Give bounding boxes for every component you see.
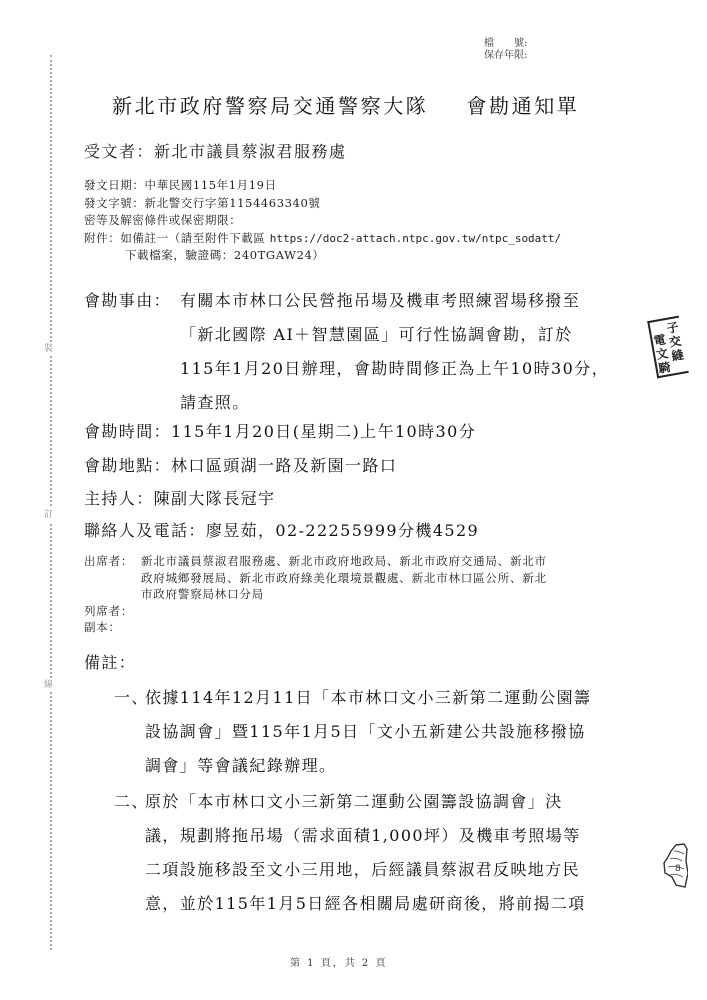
subject-line: 「新北國際 AI＋智慧園區」可行性協調會勘，訂於	[84, 318, 609, 352]
attachment: 附件：如備註一（請至附件下載區 https://doc2-attach.ntpc…	[84, 230, 561, 248]
observers-label: 列席者：	[84, 603, 547, 620]
seal-fragment-icon: 8	[662, 843, 688, 889]
attachment-label: 附件：	[84, 231, 120, 245]
present-line: 新北市議員蔡淑君服務處、新北市政府地政局、新北市政府交通局、新北市	[141, 554, 547, 568]
remark-line: 原於「本市林口文小三新第二運動公園籌設協調會」決	[145, 792, 563, 811]
retention-label: 保存年限:	[484, 50, 527, 62]
contact: 聯絡人及電話：廖昱茹，02-22255999分機4529	[84, 518, 479, 541]
remarks-title: 備註：	[84, 650, 136, 673]
issue-number-value: 新北警交行字第1154463340號	[145, 196, 321, 210]
remark-line: 調會」等會議紀錄辦理。	[114, 749, 591, 783]
remark-line: 設協調會」暨115年1月5日「文小五新建公共設施移撥協	[114, 715, 591, 749]
time-value: 115年1月20日(星期二)上午10時30分	[171, 422, 476, 441]
cc-label: 副本：	[84, 619, 547, 636]
inspection-subject: 會勘事由：有關本市林口公民營拖吊場及機車考照練習場移撥至 「新北國際 AI＋智慧…	[84, 284, 609, 420]
contact-value: 廖昱茹，02-22255999分機4529	[206, 521, 479, 540]
binding-dotted-line	[50, 55, 52, 950]
subject-label: 會勘事由：	[84, 284, 180, 318]
issue-date: 發文日期：中華民國115年1月19日	[84, 177, 561, 195]
subject-line: 115年1月20日辦理，會勘時間修正為上午10時30分，	[84, 352, 609, 386]
page-number: 第 1 頁，共 2 頁	[290, 954, 387, 969]
inspection-place: 會勘地點：林口區頭湖一路及新園一路口	[84, 453, 397, 476]
archive-info: 檔 號: 保存年限:	[484, 38, 527, 62]
issue-number-label: 發文字號：	[84, 196, 145, 210]
document-title: 新北市政府警察局交通警察大隊會勘通知單	[112, 90, 579, 119]
classification-label: 密等及解密條件或保密期限：	[84, 213, 241, 227]
recipient-value: 新北市議員蔡淑君服務處	[154, 142, 347, 161]
recipient-label: 受文者：	[84, 142, 154, 161]
remark-item: 二、原於「本市林口文小三新第二運動公園籌設協調會」決 議，規劃將拖吊場（需求面積…	[114, 785, 586, 921]
attachment-verification-code: 下載檔案，驗證碼：240TGAW24）	[125, 248, 325, 262]
present-label: 出席者：	[84, 553, 141, 570]
agency-name: 新北市政府警察局交通警察大隊	[112, 94, 428, 118]
attachment-url-link[interactable]: https://doc2-attach.ntpc.gov.tw/ntpc_sod…	[270, 232, 561, 245]
remark-line: 依據114年12月11日「本市林口文小三新第二運動公園籌	[145, 688, 591, 707]
remark-line: 意，並於115年1月5日經各相關局處研商後，將前揭二項	[114, 887, 586, 921]
attendees: 出席者：新北市議員蔡淑君服務處、新北市政府地政局、新北市政府交通局、新北市 政府…	[84, 553, 547, 636]
document-type: 會勘通知單	[466, 94, 579, 118]
svg-text:8: 8	[675, 864, 681, 874]
issue-date-value: 中華民國115年1月19日	[145, 178, 277, 192]
document-meta: 發文日期：中華民國115年1月19日 發文字號：新北警交行字第115446334…	[84, 177, 561, 265]
attachment-text: 如備註一（請至附件下載區	[120, 231, 269, 245]
remark-number: 一、	[114, 681, 145, 715]
present-line: 政府城鄉發展局、新北市政府綠美化環境景觀處、新北市林口區公所、新北	[84, 570, 547, 587]
binding-mark-xian: 線	[44, 678, 53, 692]
recipient: 受文者：新北市議員蔡淑君服務處	[84, 139, 347, 162]
subject-line: 請查照。	[84, 386, 609, 420]
remark-line: 議，規劃將拖吊場（需求面積1,000坪）及機車考照場等	[114, 819, 586, 853]
host-value: 陳副大隊長冠宇	[154, 489, 276, 508]
file-number-label: 檔 號:	[484, 38, 527, 50]
binding-mark-zhuang: 裝	[44, 342, 53, 356]
present-line: 市政府警察局林口分局	[84, 586, 547, 603]
subject-line: 有關本市林口公民營拖吊場及機車考照練習場移撥至	[180, 291, 580, 310]
issue-date-label: 發文日期：	[84, 178, 145, 192]
place-label: 會勘地點：	[84, 456, 171, 475]
remark-item: 一、依據114年12月11日「本市林口文小三新第二運動公園籌 設協調會」暨115…	[114, 681, 591, 783]
attachment-continued: 下載檔案，驗證碼：240TGAW24）	[84, 247, 561, 265]
contact-label: 聯絡人及電話：	[84, 521, 206, 540]
issue-number: 發文字號：新北警交行字第1154463340號	[84, 195, 561, 213]
remark-line: 二項設施移設至文小三用地，后經議員蔡淑君反映地方民	[114, 853, 586, 887]
host: 主持人：陳副大隊長冠宇	[84, 486, 275, 509]
place-value: 林口區頭湖一路及新園一路口	[171, 456, 397, 475]
inspection-time: 會勘時間：115年1月20日(星期二)上午10時30分	[84, 419, 476, 442]
remark-number: 二、	[114, 785, 145, 819]
host-label: 主持人：	[84, 489, 154, 508]
binding-mark-ding: 訂	[44, 508, 53, 522]
time-label: 會勘時間：	[84, 422, 171, 441]
electronic-document-stamp-icon: 電文騎 子交縫	[647, 316, 689, 379]
classification: 密等及解密條件或保密期限：	[84, 212, 561, 230]
